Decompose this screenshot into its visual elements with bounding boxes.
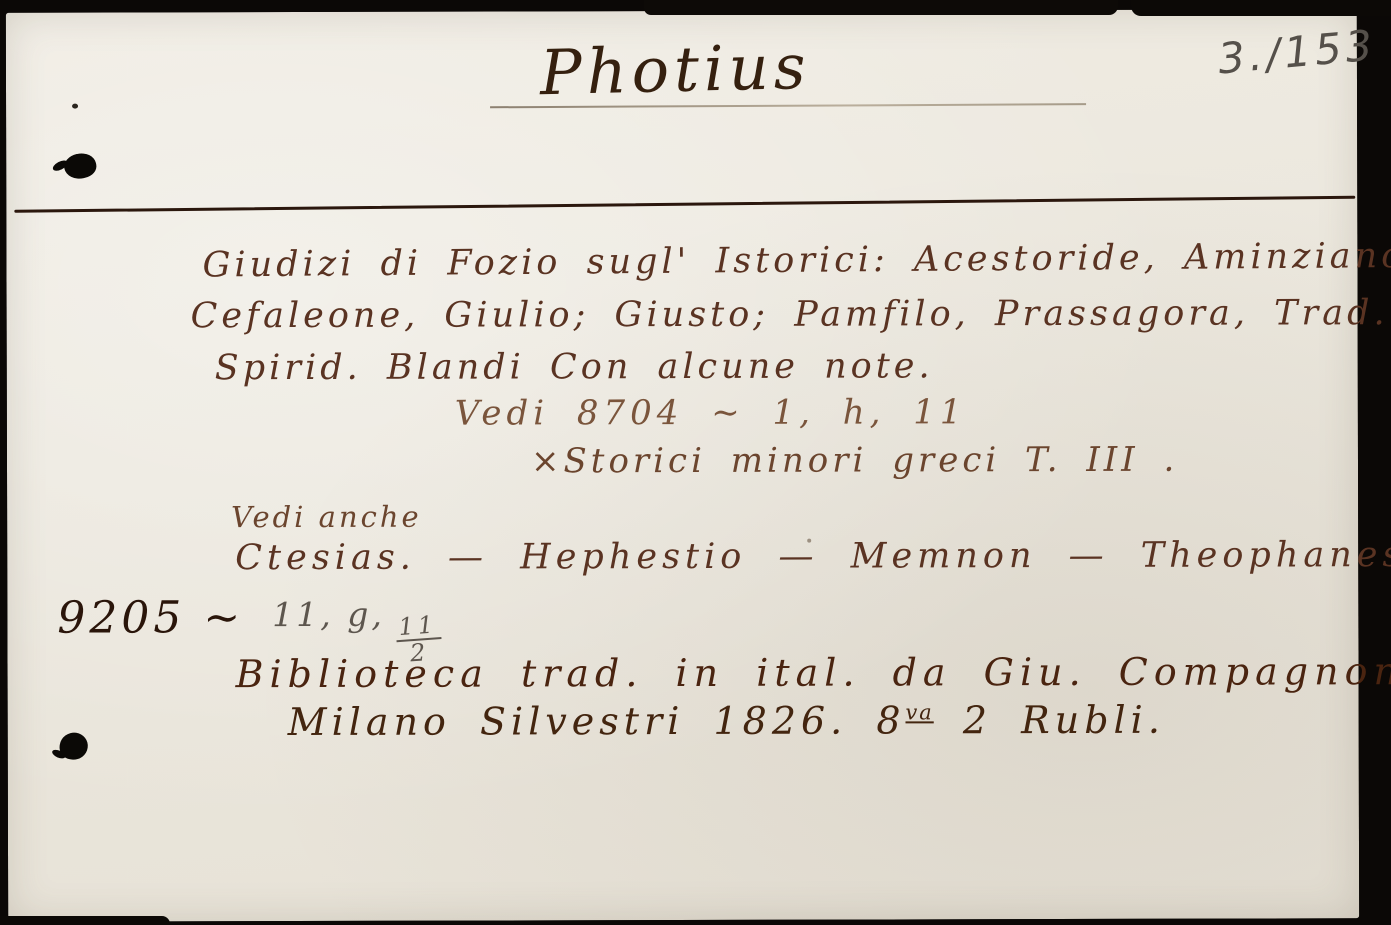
photo-edge-top	[644, 0, 1118, 15]
archival-number: 3./153	[1216, 20, 1378, 83]
shelfmark-location: 11, g,	[272, 595, 385, 634]
publication-line-1: Biblioteca trad. in ital. da Giu. Compag…	[235, 649, 1391, 696]
photo-edge-top-right	[1131, 0, 1391, 16]
photo-edge-bottom-left	[0, 916, 170, 925]
see-also-names: Ctesias. — Hephestio — Memnon — Theophan…	[235, 535, 1391, 578]
reference-line-2: ×Storici minori greci T. III .	[531, 440, 1178, 482]
ink-speck	[807, 539, 811, 543]
entry-line-2: Cefaleone, Giulio; Giusto; Pamfilo, Pras…	[191, 293, 1391, 336]
see-also-label: Vedi anche	[231, 500, 422, 534]
entry-line-1: Giudizi di Fozio sugl' Istorici: Acestor…	[202, 236, 1391, 286]
publication-city-year: Milano Silvestri 1826. 8	[288, 698, 906, 744]
publication-tail: 2 Rubli.	[934, 698, 1165, 743]
publication-line-2: Milano Silvestri 1826. 8va 2 Rubli.	[288, 698, 1165, 744]
catalog-card: 3./153 Photius Giudizi di Fozio sugl' Is…	[6, 9, 1359, 922]
horizontal-rule	[14, 196, 1355, 213]
entry-line-3: Spirid. Blandi Con alcune note.	[215, 346, 934, 388]
ink-speck	[72, 104, 78, 109]
hole-punch-top	[62, 150, 99, 181]
publication-format: va	[905, 700, 933, 724]
card-title: Photius	[539, 30, 811, 109]
reference-line-1: Vedi 8704 ~ 1, h, 11	[455, 392, 967, 433]
shelfmark-number: 9205 ~	[57, 592, 244, 643]
